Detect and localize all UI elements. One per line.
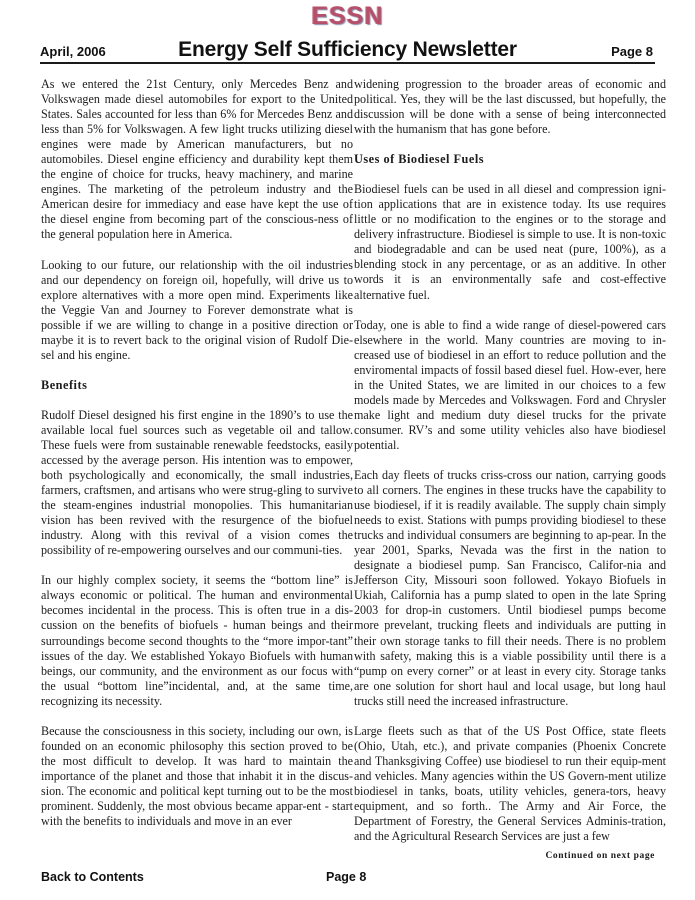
- paragraph: widening progression to the broader area…: [354, 77, 666, 137]
- paragraph: Today, one is able to find a wide range …: [354, 318, 666, 453]
- paragraph: Because the consciousness in this societ…: [41, 724, 353, 829]
- section-heading-uses: Uses of Biodiesel Fuels: [354, 152, 666, 167]
- paragraph: Biodiesel fuels can be used in all diese…: [354, 182, 666, 302]
- left-column: As we entered the 21st Century, only Mer…: [41, 77, 353, 844]
- paragraph: Rudolf Diesel designed his first engine …: [41, 408, 353, 558]
- paragraph: Looking to our future, our relationship …: [41, 258, 353, 363]
- newsletter-title: Energy Self Sufficiency Newsletter: [40, 38, 655, 62]
- right-column: widening progression to the broader area…: [354, 77, 666, 859]
- continued-notice: Continued on next page: [354, 851, 655, 861]
- paragraph: Large fleets such as that of the US Post…: [354, 724, 666, 844]
- paragraph: In our highly complex society, it seems …: [41, 573, 353, 708]
- newsletter-header: April, 2006 Energy Self Sufficiency News…: [40, 36, 655, 64]
- header-page-number: Page 8: [611, 44, 653, 59]
- paragraph: As we entered the 21st Century, only Mer…: [41, 77, 353, 243]
- footer-page-number: Page 8: [326, 870, 366, 884]
- back-to-contents-link[interactable]: Back to Contents: [41, 870, 144, 884]
- section-heading-benefits: Benefits: [41, 378, 353, 393]
- essn-logo: ESSN: [0, 2, 695, 30]
- paragraph: Each day fleets of trucks criss-cross ou…: [354, 468, 666, 709]
